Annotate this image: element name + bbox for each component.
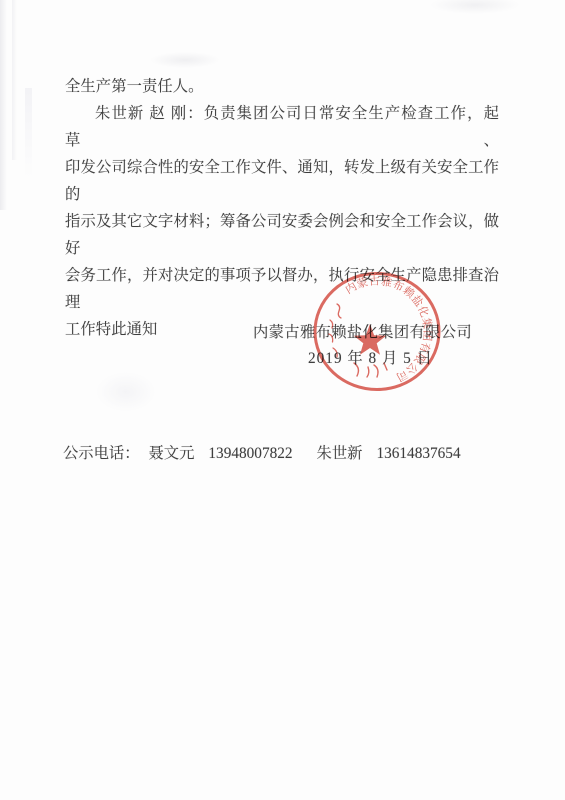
contact-line: 公示电话：聂文元13948007822朱世新13614837654 xyxy=(63,441,461,463)
body-line: 印发公司综合性的安全工作文件、通知，转发上级有关安全工作的 xyxy=(65,154,499,208)
contact-phone: 13948007822 xyxy=(208,445,292,462)
body-line: 指示及其它文字材料；筹备公司安委会例会和安全工作会议，做好 xyxy=(65,208,499,262)
signature-company: 内蒙古雅布赖盐化集团有限公司 xyxy=(253,320,472,342)
contact-phone: 13614837654 xyxy=(376,445,460,462)
body-line: 朱世新 赵 刚：负责集团公司日常安全生产检查工作，起草、 xyxy=(65,100,499,154)
document-page: 全生产第一责任人。 朱世新 赵 刚：负责集团公司日常安全生产检查工作，起草、 印… xyxy=(0,0,565,800)
body-line: 会务工作，并对决定的事项予以督办，执行安全生产隐患排查治理 xyxy=(65,262,499,316)
signature-date: 2019 年 8 月 5 日 xyxy=(308,346,433,368)
contact-name: 聂文元 xyxy=(149,445,195,462)
contact-label: 公示电话： xyxy=(63,445,140,462)
body-line: 全生产第一责任人。 xyxy=(65,73,499,100)
contact-name: 朱世新 xyxy=(317,445,363,462)
notice-body: 全生产第一责任人。 朱世新 赵 刚：负责集团公司日常安全生产检查工作，起草、 印… xyxy=(65,73,499,343)
